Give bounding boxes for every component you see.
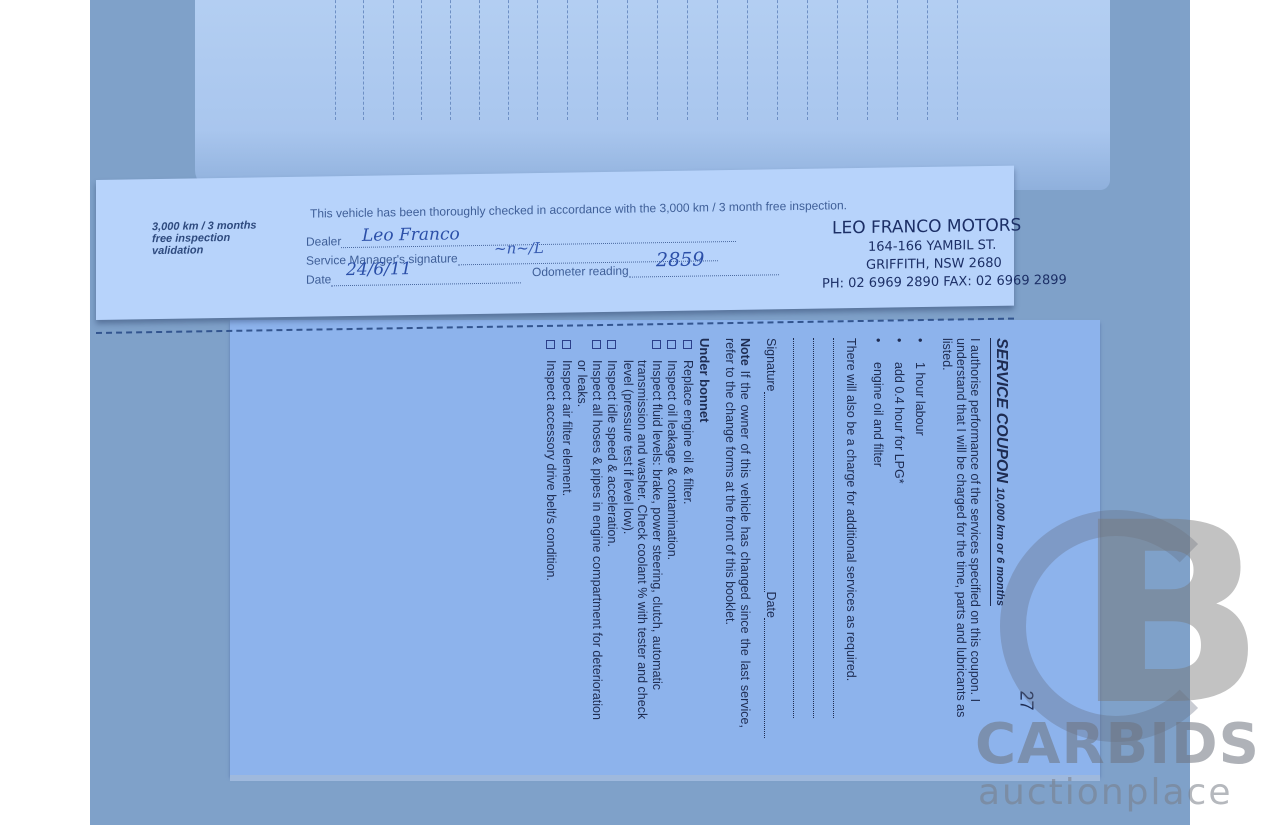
- coupon-title: SERVICE COUPON 10,000 km or 6 months: [990, 338, 1010, 606]
- checklist-item[interactable]: Inspect oil leakage & contamination.: [665, 338, 680, 728]
- authorise-text: I authorise performance of the services …: [940, 338, 982, 733]
- validation-title: 3,000 km / 3 months free inspection vali…: [152, 219, 257, 257]
- manager-signature: ~n~/L: [494, 239, 544, 258]
- watermark-tagline: auctionplace: [978, 772, 1232, 813]
- checklist-item[interactable]: Inspect fluid levels: brake, power steer…: [621, 338, 665, 728]
- owner-change-note: Note If the owner of this vehicle has ch…: [722, 338, 752, 728]
- watermark-brand: CARBIDS: [975, 712, 1260, 777]
- list-item: •add 0.4 hour for LPG*: [888, 338, 909, 738]
- write-line[interactable]: [833, 338, 834, 718]
- checklist-item[interactable]: Inspect air filter element.: [560, 338, 575, 728]
- signature-field[interactable]: SignatureDate: [764, 338, 778, 738]
- date-handwriting: 24/6/11: [346, 259, 412, 280]
- write-line[interactable]: [813, 338, 814, 718]
- validation-strip: 3,000 km / 3 months free inspection vali…: [96, 166, 1014, 320]
- labour-list: •1 hour labour •add 0.4 hour for LPG* •e…: [867, 338, 930, 738]
- checklist-item[interactable]: Inspect accessory drive belt/s condition…: [544, 338, 559, 728]
- validation-intro: This vehicle has been thoroughly checked…: [310, 198, 847, 220]
- dealer-stamp-name: LEO FRANCO MOTORS: [832, 215, 1021, 238]
- list-item: •engine oil and filter: [867, 338, 888, 738]
- additional-charge-text: There will also be a charge for addition…: [844, 338, 858, 681]
- dealer-handwriting: Leo Franco: [362, 224, 460, 246]
- checklist-item[interactable]: Inspect idle speed & acceleration.: [605, 338, 620, 728]
- list-item: •1 hour labour: [909, 338, 930, 738]
- checklist-item[interactable]: Replace engine oil & filter.: [681, 338, 696, 728]
- dealer-stamp-address2: GRIFFITH, NSW 2680: [866, 256, 1002, 273]
- checklist: Replace engine oil & filter. Inspect oil…: [543, 338, 695, 728]
- top-page: [195, 0, 1110, 190]
- section-heading: Under bonnet: [697, 338, 712, 423]
- odometer-handwriting: 2859: [656, 248, 704, 271]
- write-line[interactable]: [793, 338, 794, 718]
- checklist-item[interactable]: Inspect all hoses & pipes in engine comp…: [575, 338, 604, 728]
- watermark-logo-letter: B: [1075, 505, 1266, 725]
- date-field[interactable]: Date: [306, 269, 521, 286]
- service-coupon: SERVICE COUPON 10,000 km or 6 months I a…: [290, 338, 1010, 748]
- dealer-stamp-address1: 164-166 YAMBIL ST.: [868, 238, 996, 255]
